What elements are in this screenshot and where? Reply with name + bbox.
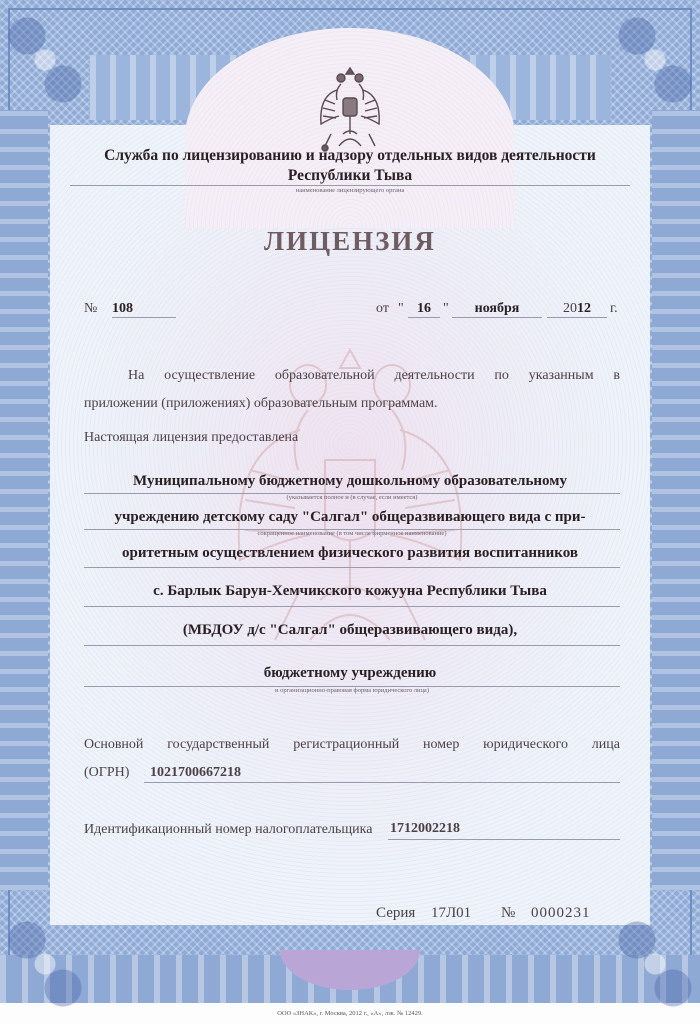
inn-label: Идентификационный номер налогоплательщик…	[84, 822, 372, 838]
license-year: 2012	[547, 301, 607, 318]
licensee-line-1: Муниципальному бюджетному дошкольному об…	[80, 473, 620, 490]
authority-underline	[70, 185, 630, 186]
ogrn-label: Основной государственный регистрационный…	[84, 737, 620, 753]
licensee-caption-2: сокращенное наименование (в том числе фи…	[84, 530, 620, 537]
licensee-caption-1: (указывается полное и (в случае, если им…	[84, 494, 620, 501]
authority-line-1: Служба по лицензированию и надзору отдел…	[70, 146, 630, 166]
license-number: 108	[112, 301, 176, 318]
authority-line-2: Республики Тыва	[70, 166, 630, 186]
licensee-line-4: с. Барлык Барун-Хемчикского кожууна Респ…	[80, 583, 620, 600]
licensee-line-3: оритетным осуществлением физического раз…	[80, 545, 620, 562]
license-number-label: №	[84, 301, 97, 317]
series-value: 17Л01	[431, 905, 471, 922]
printer-imprint: ООО «ЗНАК», г. Москва, 2012 г., «А», лзк…	[0, 1010, 700, 1017]
date-prefix: от	[376, 301, 389, 317]
authority-caption: наименование лицензирующего органа	[70, 187, 630, 194]
inn-value: 1712002218	[390, 821, 460, 837]
document-title: ЛИЦЕНЗИЯ	[0, 226, 700, 257]
licensee-line-5: (МБДОУ д/с "Салгал" общеразвивающего вид…	[80, 622, 620, 639]
licensee-caption-3: и организационно-правовая форма юридичес…	[84, 687, 620, 694]
form-number-label: №	[501, 905, 515, 922]
licensee-line-6: бюджетному учреждению	[80, 665, 620, 682]
series-label: Серия	[376, 905, 415, 922]
license-month: ноября	[452, 301, 542, 318]
purpose-line-2: приложении (приложениях) образовательным…	[84, 396, 438, 412]
purpose-line-1: На осуществление образовательной деятель…	[128, 368, 620, 384]
licensing-authority: Служба по лицензированию и надзору отдел…	[70, 146, 630, 186]
ogrn-value: 1021700667218	[150, 765, 241, 781]
granted-to-label: Настоящая лицензия предоставлена	[84, 430, 298, 446]
license-day: 16	[408, 301, 440, 318]
form-number: 0000231	[531, 905, 591, 922]
year-unit: г.	[610, 301, 618, 317]
licensee-line-2: учреждению детскому саду "Салгал" общера…	[80, 509, 620, 526]
ogrn-short-label: (ОГРН)	[84, 765, 129, 781]
